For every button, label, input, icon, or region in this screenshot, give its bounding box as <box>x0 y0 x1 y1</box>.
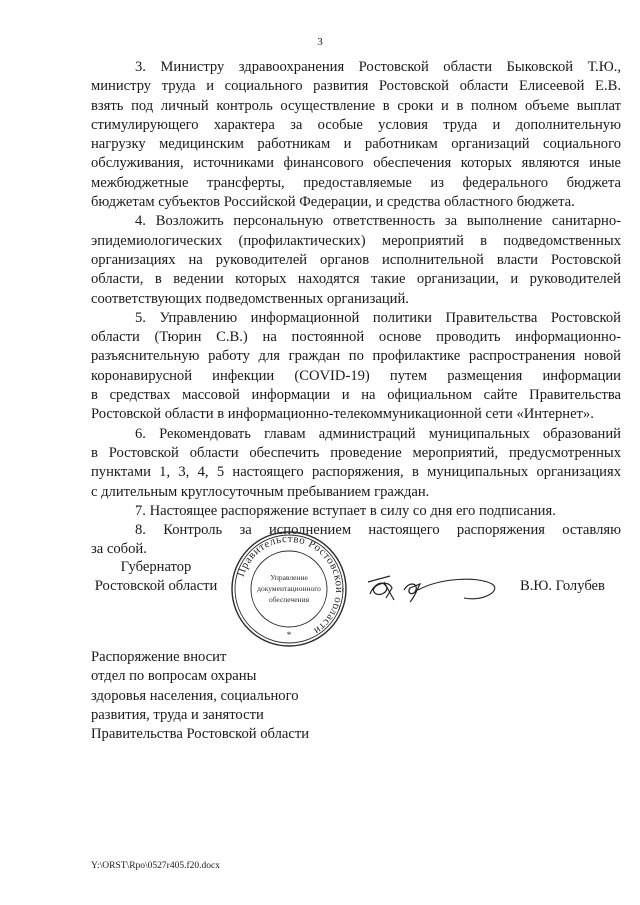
text-line: за собой. <box>91 540 621 559</box>
text-line: 3. Министру здравоохранения Ростовской о… <box>91 58 621 77</box>
text-line: коронавирусной инфекции (COVID-19) путем… <box>91 367 621 386</box>
official-stamp-icon: Правительство Ростовской области Управле… <box>230 530 348 648</box>
text-line: 5. Управлению информационной политики Пр… <box>91 309 621 328</box>
text-line: в средствах массовой информации и на офи… <box>91 386 621 405</box>
paragraph-item-7: 7. Настоящее распоряжение вступает в сил… <box>91 502 621 521</box>
handwritten-signature-icon <box>360 568 500 608</box>
text-line: в Ростовской области обеспечить проведен… <box>91 444 621 463</box>
submitter-line: здоровья населения, социального <box>91 687 309 706</box>
text-line: разъяснительную работу для граждан по пр… <box>91 347 621 366</box>
text-line: Ростовской области в информационно-телек… <box>91 405 621 424</box>
text-line: соответствующих подведомственных организ… <box>91 290 621 309</box>
submitter-line: Распоряжение вносит <box>91 648 309 667</box>
text-line: эпидемиологических (профилактических) ме… <box>91 232 621 251</box>
submitter-block: Распоряжение вносит отдел по вопросам ох… <box>91 648 309 744</box>
text-line: взять под личный контроль осуществление … <box>91 97 621 116</box>
submitter-line: отдел по вопросам охраны <box>91 667 309 686</box>
stamp-inner-line1: Управление <box>270 573 308 582</box>
signer-title: Губернатор Ростовской области <box>91 558 221 597</box>
text-line: области, в ведении которых находятся так… <box>91 270 621 289</box>
text-line: стимулирующего характера за особые услов… <box>91 116 621 135</box>
text-line: организациях на руководителей органов ис… <box>91 251 621 270</box>
signer-name: В.Ю. Голубев <box>520 578 605 595</box>
paragraph-item-5: 5. Управлению информационной политики Пр… <box>91 309 621 425</box>
signer-title-line1: Губернатор <box>91 558 221 577</box>
stamp-star: * <box>287 630 292 640</box>
stamp-inner-line3: обеспечения <box>269 595 310 604</box>
stamp-inner-line2: документационного <box>257 584 321 593</box>
text-line: с длительным круглосуточным пребыванием … <box>91 483 621 502</box>
text-line: нагрузку медицинским работникам и работн… <box>91 135 621 154</box>
submitter-line: Правительства Ростовской области <box>91 725 309 744</box>
paragraph-item-4: 4. Возложить персональную ответственност… <box>91 212 621 308</box>
text-line: межбюджетные трансферты, предоставляемые… <box>91 174 621 193</box>
paragraph-item-8: 8. Контроль за исполнением настоящего ра… <box>91 521 621 560</box>
text-line: бюджетам субъектов Российской Федерации,… <box>91 193 621 212</box>
text-line: министру труда и социального развития Ро… <box>91 77 621 96</box>
document-body: 3. Министру здравоохранения Ростовской о… <box>91 58 621 560</box>
paragraph-item-3: 3. Министру здравоохранения Ростовской о… <box>91 58 621 212</box>
text-line: области (Тюрин С.В.) на постоянной основ… <box>91 328 621 347</box>
submitter-line: развития, труда и занятости <box>91 706 309 725</box>
text-line: 4. Возложить персональную ответственност… <box>91 212 621 231</box>
text-line: обслуживания, источниками финансового об… <box>91 154 621 173</box>
text-line: пунктами 1, 3, 4, 5 настоящего распоряже… <box>91 463 621 482</box>
text-line: 8. Контроль за исполнением настоящего ра… <box>91 521 621 540</box>
page-number: 3 <box>0 36 640 48</box>
text-line: 6. Рекомендовать главам администраций му… <box>91 425 621 444</box>
paragraph-item-6: 6. Рекомендовать главам администраций му… <box>91 425 621 502</box>
text-line: 7. Настоящее распоряжение вступает в сил… <box>91 502 621 521</box>
signer-title-line2: Ростовской области <box>91 577 221 596</box>
footer-file-path: Y:\ORST\Rpo\0527r405.f20.docx <box>91 861 220 871</box>
